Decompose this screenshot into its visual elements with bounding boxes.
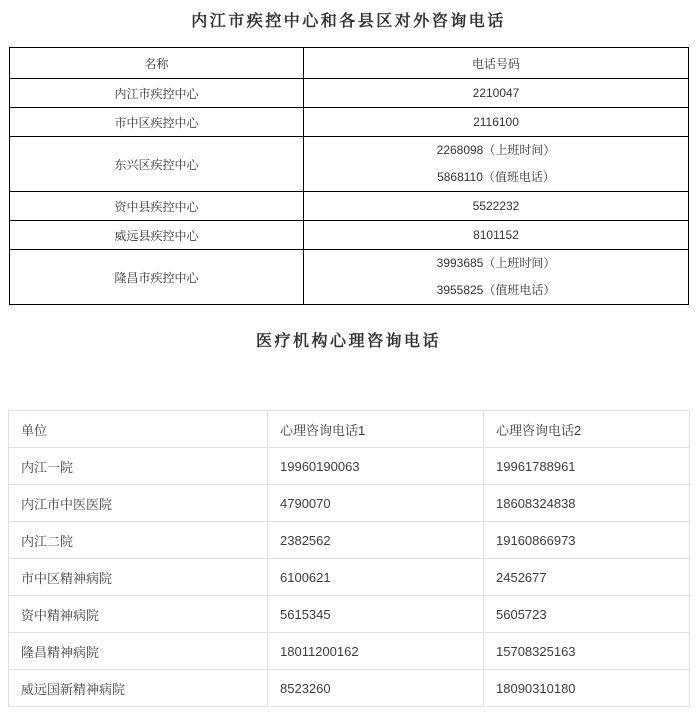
hospital-psych-table: 单位 心理咨询电话1 心理咨询电话2 内江一院 19960190063 1996… xyxy=(8,410,690,707)
table-row: 威远县疾控中心 8101152 xyxy=(10,221,689,250)
hospital-name-cell: 内江二院 xyxy=(9,522,268,559)
column-header-phone: 电话号码 xyxy=(304,48,689,79)
hospital-name-cell: 内江市中医医院 xyxy=(9,485,268,522)
cdc-phone-cell: 8101152 xyxy=(304,221,689,250)
phone-line-duty: 5868110（值班电话） xyxy=(304,164,688,191)
table-row: 市中区疾控中心 2116100 xyxy=(10,108,689,137)
table-row: 资中县疾控中心 5522232 xyxy=(10,192,689,221)
cdc-name-cell: 资中县疾控中心 xyxy=(10,192,304,221)
column-header-psych-phone2: 心理咨询电话2 xyxy=(484,411,690,448)
hospital-name-cell: 隆昌精神病院 xyxy=(9,633,268,670)
hospital-table-title: 医疗机构心理咨询电话 xyxy=(0,333,697,351)
psych-phone2-cell: 19160866973 xyxy=(484,522,690,559)
table-row: 内江市疾控中心 2210047 xyxy=(10,79,689,108)
psych-phone1-cell: 8523260 xyxy=(268,670,484,707)
psych-phone2-cell: 5605723 xyxy=(484,596,690,633)
hospital-name-cell: 资中精神病院 xyxy=(9,596,268,633)
hospital-name-cell: 市中区精神病院 xyxy=(9,559,268,596)
psych-phone2-cell: 18090310180 xyxy=(484,670,690,707)
psych-phone2-cell: 18608324838 xyxy=(484,485,690,522)
phone-line-duty: 3955825（值班电话） xyxy=(304,277,688,304)
table-row: 隆昌精神病院 18011200162 15708325163 xyxy=(9,633,690,670)
psych-phone1-cell: 18011200162 xyxy=(268,633,484,670)
cdc-name-cell: 内江市疾控中心 xyxy=(10,79,304,108)
psych-phone1-cell: 2382562 xyxy=(268,522,484,559)
cdc-phone-cell: 5522232 xyxy=(304,192,689,221)
psych-phone1-cell: 5615345 xyxy=(268,596,484,633)
table-header-row: 名称 电话号码 xyxy=(10,48,689,79)
psych-phone2-cell: 15708325163 xyxy=(484,633,690,670)
cdc-phone-cell: 2210047 xyxy=(304,79,689,108)
table-row: 内江一院 19960190063 19961788961 xyxy=(9,448,690,485)
column-header-unit: 单位 xyxy=(9,411,268,448)
cdc-phone-cell: 2268098（上班时间） 5868110（值班电话） xyxy=(304,137,689,192)
phone-line-daytime: 2268098（上班时间） xyxy=(304,137,688,164)
page: 内江市疾控中心和各县区对外咨询电话 名称 电话号码 内江市疾控中心 221004… xyxy=(0,13,697,707)
table-row: 东兴区疾控中心 2268098（上班时间） 5868110（值班电话） xyxy=(10,137,689,192)
table-row: 隆昌市疾控中心 3993685（上班时间） 3955825（值班电话） xyxy=(10,250,689,305)
table-row: 内江二院 2382562 19160866973 xyxy=(9,522,690,559)
cdc-name-cell: 东兴区疾控中心 xyxy=(10,137,304,192)
psych-phone2-cell: 2452677 xyxy=(484,559,690,596)
column-header-name: 名称 xyxy=(10,48,304,79)
psych-phone2-cell: 19961788961 xyxy=(484,448,690,485)
column-header-psych-phone1: 心理咨询电话1 xyxy=(268,411,484,448)
table-row: 市中区精神病院 6100621 2452677 xyxy=(9,559,690,596)
cdc-name-cell: 市中区疾控中心 xyxy=(10,108,304,137)
psych-phone1-cell: 19960190063 xyxy=(268,448,484,485)
table-row: 威远国新精神病院 8523260 18090310180 xyxy=(9,670,690,707)
cdc-contact-table: 名称 电话号码 内江市疾控中心 2210047 市中区疾控中心 2116100 … xyxy=(9,47,689,305)
cdc-phone-cell: 2116100 xyxy=(304,108,689,137)
cdc-table-title: 内江市疾控中心和各县区对外咨询电话 xyxy=(0,13,697,31)
table-row: 资中精神病院 5615345 5605723 xyxy=(9,596,690,633)
psych-phone1-cell: 6100621 xyxy=(268,559,484,596)
table-row: 内江市中医医院 4790070 18608324838 xyxy=(9,485,690,522)
cdc-phone-cell: 3993685（上班时间） 3955825（值班电话） xyxy=(304,250,689,305)
hospital-name-cell: 内江一院 xyxy=(9,448,268,485)
psych-phone1-cell: 4790070 xyxy=(268,485,484,522)
phone-line-daytime: 3993685（上班时间） xyxy=(304,250,688,277)
hospital-name-cell: 威远国新精神病院 xyxy=(9,670,268,707)
table-header-row: 单位 心理咨询电话1 心理咨询电话2 xyxy=(9,411,690,448)
cdc-name-cell: 隆昌市疾控中心 xyxy=(10,250,304,305)
cdc-name-cell: 威远县疾控中心 xyxy=(10,221,304,250)
